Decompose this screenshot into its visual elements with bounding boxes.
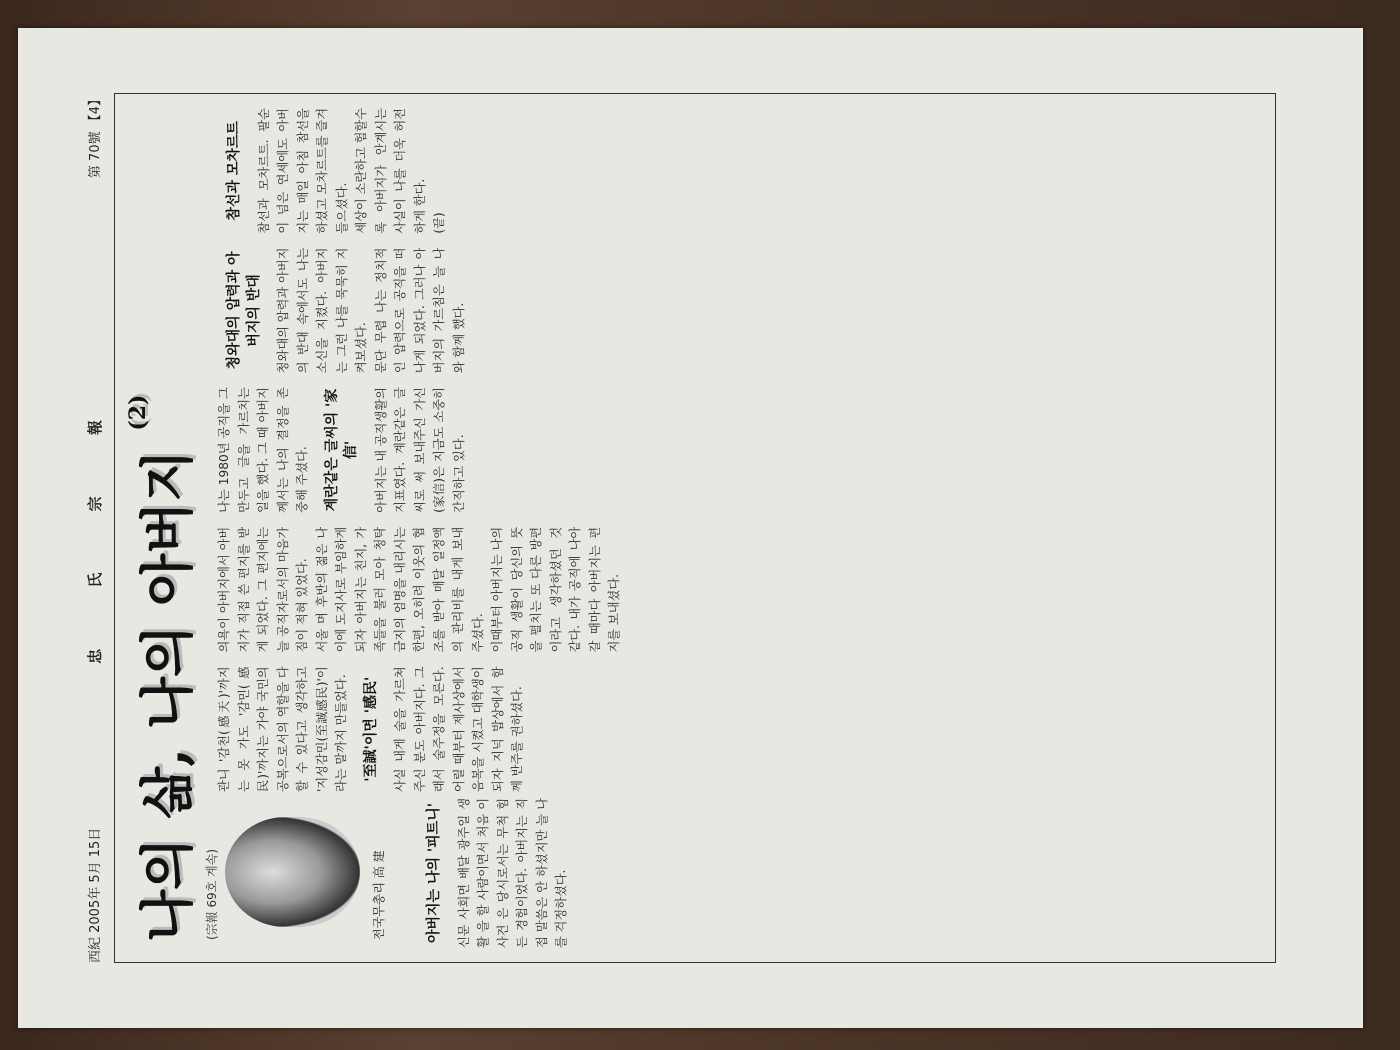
article-column: 청와대의 압력과 아버지의 반대청와대의 압력과 아버지의 반대 속에서도 나는… — [215, 248, 1263, 374]
column-text: 아버지는 내 공직생활의 지표였다. 계란같은 글씨로 써 보내주신 가신(家信… — [371, 387, 469, 513]
article-column: 의욕이 아버지에서 아버지가 직접 쓴 편지를 받게 되었다. 그 편지에는 늘… — [215, 527, 1263, 653]
rotated-page: 西紀 2005年 5月 15日 忠 氏 宗 報 第 70號 【4】 나의 삶, … — [66, 63, 1316, 993]
article-column: 나는 1980년 공직을 그만두고 글을 가르치는 일을 했다. 그 때 아버지… — [215, 387, 1263, 513]
column-text: 나는 1980년 공직을 그만두고 글을 가르치는 일을 했다. 그 때 아버지… — [215, 387, 313, 513]
column-text: 의욕이 아버지에서 아버지가 직접 쓴 편지를 받게 되었다. 그 편지에는 늘… — [215, 527, 313, 653]
article-title: 나의 삶, 나의 아버지 (2) — [125, 395, 202, 942]
subheading: 참선과 모차르트 — [225, 108, 245, 234]
article-column: 아버지는 나의 '피트니' 신문 사회면 배달 광주일 생활 을 할 사람이면서… — [415, 798, 1263, 948]
column-text: 사실 내게 술을 가르쳐주신 분도 아버지다. 그래서 술주정을 모른다. 어릴… — [391, 666, 528, 792]
article-column: 참선과 모차르트참선과 모차르트. 팔순이 넘은 연세에도 아버지는 매일 아침… — [215, 108, 1263, 234]
subheading: 계란같은 글씨의 '家信' — [322, 387, 361, 513]
subheading: 아버지는 나의 '피트니' — [425, 798, 445, 948]
newspaper-page: 西紀 2005年 5月 15日 忠 氏 宗 報 第 70號 【4】 나의 삶, … — [18, 28, 1363, 1028]
page-header: 西紀 2005年 5月 15日 忠 氏 宗 報 第 70號 【4】 — [84, 93, 106, 963]
column-text: 세상이 소란하고 험할수록 아버지가 안계시는 사실이 나를 더욱 허전하게 한… — [352, 108, 430, 234]
closing-mark: (끝) — [430, 108, 450, 234]
subheading: '至誠'이면 '感民' — [361, 666, 381, 792]
author-byline: 전국무총리 高 建 — [370, 850, 387, 940]
article-column: 관니 '감천(感天)'까지는 못 가도 '감민(感民)'까지는 가야 국민의 공… — [215, 666, 1263, 792]
column-text: 이때부터 아버지는 나의 공직 생활이 당신의 뜻을 펼치는 또 다른 방편이라… — [488, 527, 625, 653]
title-text: 나의 삶, 나의 아버지 — [135, 449, 199, 942]
subheading: 청와대의 압력과 아버지의 반대 — [225, 248, 264, 374]
title-number: (2) — [125, 395, 151, 431]
continued-note: (宗報 69호 계속) — [203, 849, 220, 940]
column-text: 관니 '감천(感天)'까지는 못 가도 '감민(感民)'까지는 가야 국민의 공… — [215, 666, 352, 792]
column-text: 참선과 모차르트. 팔순이 넘은 연세에도 아버지는 매일 아침 참선을 하셨고… — [254, 108, 352, 234]
article-box: 나의 삶, 나의 아버지 (2) (宗報 69호 계속) 전국무총리 高 建 아… — [114, 93, 1276, 963]
column-text: 서울 며 후반의 젊은 나이에 도지사로 부임하게 되자 아버지는 친지, 가족… — [312, 527, 488, 653]
issue-number: 第 70號 【4】 — [84, 93, 103, 178]
masthead: 忠 氏 宗 報 — [84, 93, 105, 963]
left-columns: 아버지는 나의 '피트니' 신문 사회면 배달 광주일 생활 을 할 사람이면서… — [415, 798, 1263, 948]
column-text: 청와대의 압력과 아버지의 반대 속에서도 나는 소신을 지켰다. 아버지는 그… — [274, 248, 372, 374]
main-columns: 관니 '감천(感天)'까지는 못 가도 '감민(感民)'까지는 가야 국민의 공… — [215, 108, 1263, 792]
column-text: 신문 사회면 배달 광주일 생활 을 할 사람이면서 처음 이 사건 은 당시로… — [454, 798, 571, 948]
author-photo — [225, 817, 360, 927]
column-text: 문단 무렵 나는 정치적인 압력으로 공직을 떠나게 되었다. 그러나 아버지의… — [371, 248, 469, 374]
